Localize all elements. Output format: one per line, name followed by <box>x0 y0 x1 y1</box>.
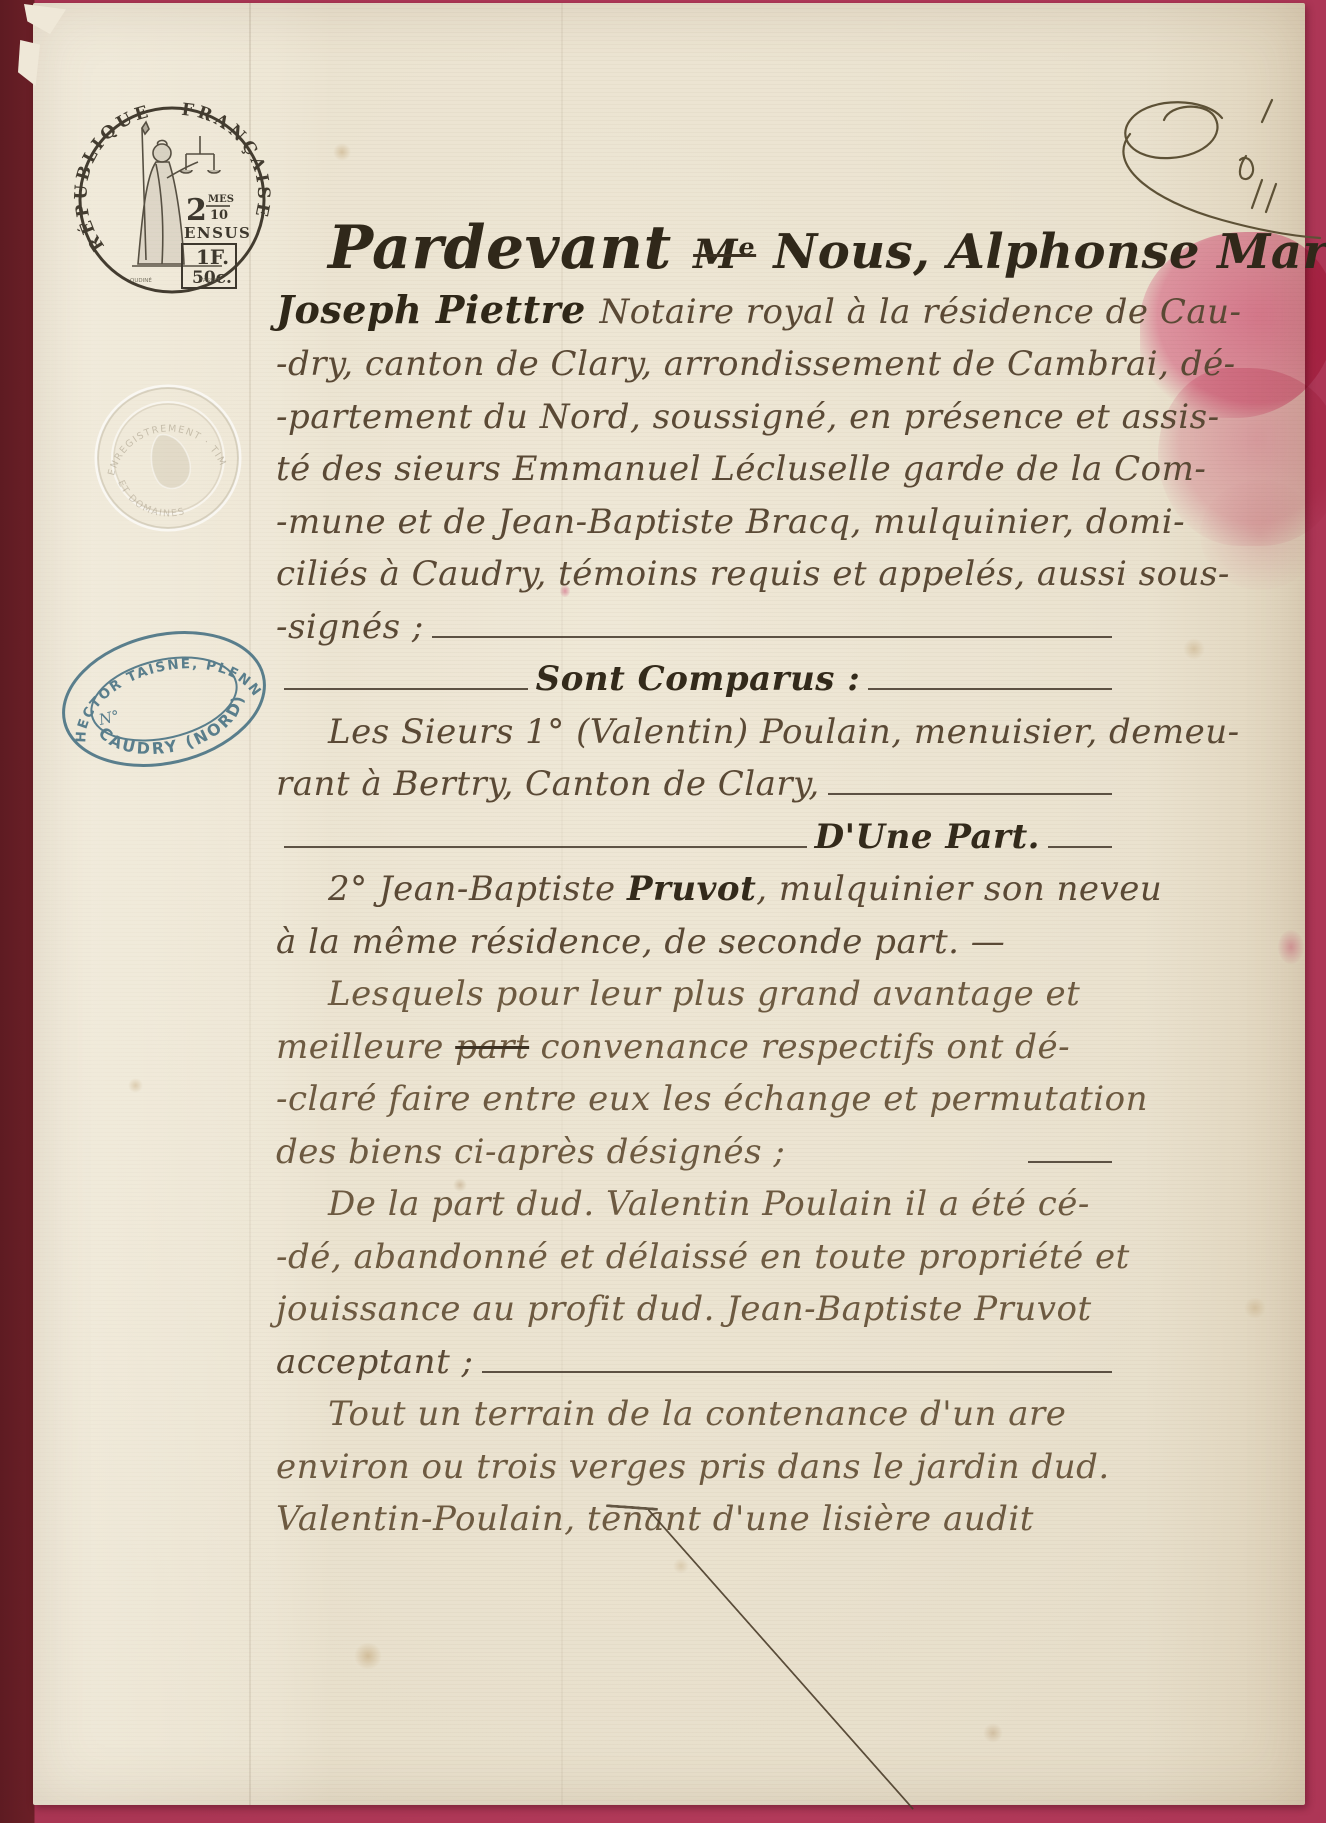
manuscript-line: -dry, canton de Clary, arrondissement de… <box>276 335 1120 388</box>
manuscript-line-text: Lesquels pour leur plus grand avantage e… <box>276 977 1080 1017</box>
manuscript-line: Valentin-Poulain, tenant d'une lisière a… <box>276 1490 1120 1543</box>
svg-text:2: 2 <box>186 193 207 228</box>
manuscript-line-text: D'Une Part. <box>815 820 1040 860</box>
manuscript-line: meilleure part convenance respectifs ont… <box>276 1017 1120 1070</box>
engraver-names: OUDINÉ TASSET <box>130 276 221 284</box>
handwritten-rule-line <box>284 846 807 848</box>
manuscript-line: à la même résidence, de seconde part. — <box>276 912 1120 965</box>
manuscript-line-text: 2° Jean-Baptiste Pruvot, mulquinier son … <box>276 872 1162 912</box>
svg-text:TASSET: TASSET <box>199 278 221 284</box>
manuscript-line: -mune et de Jean-Baptiste Bracq, mulquin… <box>276 492 1120 545</box>
seal-eagle-relief <box>151 435 190 489</box>
manuscript-line-text: -partement du Nord, soussigné, en présen… <box>276 400 1220 440</box>
manuscript-line: des biens ci-après désignés ; <box>276 1122 1120 1175</box>
manuscript-line-text: -dé, abandonné et délaissé en toute prop… <box>276 1240 1130 1280</box>
manuscript-line: Pardevant Mᵉ Nous, Alphonse Marie <box>276 182 1120 282</box>
manuscript-line: D'Une Part. <box>276 807 1120 860</box>
manuscript-line-text: -dry, canton de Clary, arrondissement de… <box>276 347 1236 387</box>
manuscript-line-text: -claré faire entre eux les échange et pe… <box>276 1082 1148 1122</box>
svg-text:CAUDRY (NORD): CAUDRY (NORD) <box>92 689 257 773</box>
manuscript-text-block: Pardevant Mᵉ Nous, Alphonse MarieJoseph … <box>276 182 1120 1542</box>
handwritten-rule-line <box>482 1371 1113 1373</box>
handwritten-rule-line <box>432 636 1112 638</box>
manuscript-line: acceptant ; <box>276 1332 1120 1385</box>
handwritten-rule-line <box>284 688 528 690</box>
manuscript-line: 2° Jean-Baptiste Pruvot, mulquinier son … <box>276 860 1120 913</box>
manuscript-line: té des sieurs Emmanuel Lécluselle garde … <box>276 440 1120 493</box>
handwritten-rule-line <box>868 688 1112 690</box>
manuscript-line: -partement du Nord, soussigné, en présen… <box>276 387 1120 440</box>
manuscript-line: environ ou trois verges pris dans le jar… <box>276 1437 1120 1490</box>
manuscript-line: rant à Bertry, Canton de Clary, <box>276 755 1120 808</box>
manuscript-line-text: Sont Comparus : <box>536 662 861 702</box>
manuscript-line-text: des biens ci-après désignés ; <box>276 1135 785 1175</box>
svg-text:OUDINÉ: OUDINÉ <box>130 276 152 284</box>
manuscript-line-text: -signés ; <box>276 610 424 650</box>
embossed-seal: ENREGISTREMENT · TIMBRE ET DOMAINES <box>88 378 248 538</box>
handwritten-rule-line <box>1048 846 1112 848</box>
handwritten-rule-line <box>828 793 1112 795</box>
manuscript-line: Les Sieurs 1° (Valentin) Poulain, menuis… <box>276 702 1120 755</box>
manuscript-line-text: Pardevant Mᵉ Nous, Alphonse Marie <box>276 218 1326 282</box>
manuscript-line-text: Joseph Piettre Notaire royal à la réside… <box>276 291 1241 335</box>
manuscript-line-text: -mune et de Jean-Baptiste Bracq, mulquin… <box>276 505 1185 545</box>
blue-stamp-arc-bottom: CAUDRY (NORD) <box>92 689 257 773</box>
manuscript-line-text: rant à Bertry, Canton de Clary, <box>276 767 820 807</box>
manuscript-line: De la part dud. Valentin Poulain il a ét… <box>276 1175 1120 1228</box>
handwritten-rule-line <box>1028 1161 1112 1163</box>
manuscript-line-text: environ ou trois verges pris dans le jar… <box>276 1450 1110 1490</box>
svg-text:MES: MES <box>208 194 234 205</box>
manuscript-line-text: jouissance au profit dud. Jean-Baptiste … <box>276 1292 1092 1332</box>
manuscript-line-text: Tout un terrain de la contenance d'un ar… <box>276 1397 1066 1437</box>
manuscript-line: jouissance au profit dud. Jean-Baptiste … <box>276 1280 1120 1333</box>
manuscript-line: Lesquels pour leur plus grand avantage e… <box>276 965 1120 1018</box>
manuscript-line: Sont Comparus : <box>276 650 1120 703</box>
manuscript-line-text: De la part dud. Valentin Poulain il a ét… <box>276 1187 1090 1227</box>
manuscript-line: -claré faire entre eux les échange et pe… <box>276 1070 1120 1123</box>
manuscript-line: -dé, abandonné et délaissé en toute prop… <box>276 1227 1120 1280</box>
manuscript-line: ciliés à Caudry, témoins requis et appel… <box>276 545 1120 598</box>
revenue-stamp: RÉPUBLIQUE FRANÇAISE 2 MES 10 ENSUS 1F. … <box>72 98 272 303</box>
manuscript-line: Joseph Piettre Notaire royal à la réside… <box>276 282 1120 335</box>
manuscript-line-text: acceptant ; <box>276 1345 474 1385</box>
svg-text:1F.: 1F. <box>196 245 229 269</box>
manuscript-line-text: té des sieurs Emmanuel Lécluselle garde … <box>276 452 1206 492</box>
svg-text:ENSUS: ENSUS <box>184 224 251 242</box>
scanned-notarial-document: { "colors": { "backing_crimson": "#b23a5… <box>0 0 1326 1823</box>
manuscript-line-text: à la même résidence, de seconde part. — <box>276 925 1005 965</box>
stamp-surcharge: 2 MES 10 ENSUS 1F. 50c. <box>182 193 251 288</box>
manuscript-line: Tout un terrain de la contenance d'un ar… <box>276 1385 1120 1438</box>
svg-text:10: 10 <box>210 208 228 223</box>
manuscript-line-text: Les Sieurs 1° (Valentin) Poulain, menuis… <box>276 715 1240 755</box>
manuscript-line: -signés ; <box>276 597 1120 650</box>
manuscript-line-text: meilleure part convenance respectifs ont… <box>276 1030 1070 1070</box>
manuscript-line-text: ciliés à Caudry, témoins requis et appel… <box>276 557 1230 597</box>
